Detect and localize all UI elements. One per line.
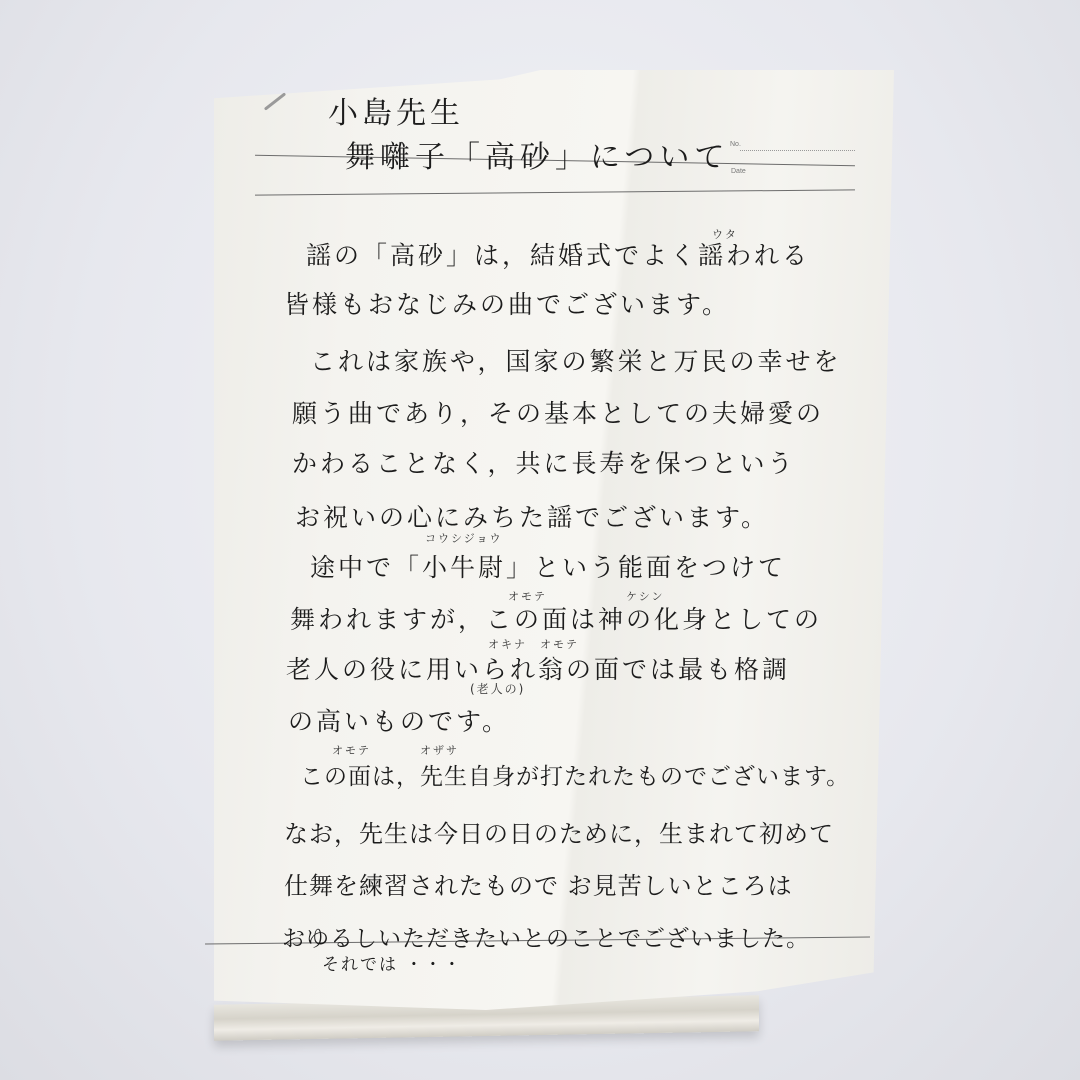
furigana: オモテ — [540, 636, 579, 652]
body-line-6: お祝いの心にみちた謡でございます。 — [295, 498, 769, 534]
furigana: オザサ — [420, 742, 459, 758]
furigana: ウタ — [712, 226, 738, 242]
furigana: コウシジョウ — [425, 530, 503, 546]
body-line-10: の高いものです。 — [288, 702, 510, 738]
body-line-8: 舞われますが，この面は神の化身としての — [290, 600, 822, 636]
letter-title: 舞囃子「高砂」について — [345, 132, 729, 176]
body-line-12: なお，先生は今日の日のために，生まれて初めて — [284, 814, 834, 849]
body-line-5: かわることなく，共に長寿を保つという — [292, 444, 796, 480]
body-line-3: これは家族や，国家の繁栄と万民の幸せを — [310, 342, 842, 378]
printed-no-label: No. — [730, 141, 741, 148]
addressee: 小島先生 — [328, 88, 464, 132]
annotation-note: (老人の) — [470, 680, 525, 697]
closing-line: それでは ・・・ — [322, 950, 462, 975]
printed-date-label: Date — [731, 168, 746, 175]
body-line-13: 仕舞を練習されたもので お見苦しいところは — [284, 866, 793, 901]
furigana: オモテ — [508, 588, 547, 604]
body-line-7: 途中で「小牛尉」という能面をつけて — [310, 548, 786, 584]
body-line-14: おゆるしいただきたいとのことでございました。 — [282, 920, 810, 953]
furigana: オキナ — [488, 636, 527, 652]
body-line-2: 皆様もおなじみの曲でございます。 — [284, 285, 730, 321]
body-line-9: 老人の役に用いられ翁の面では最も格調 — [286, 650, 790, 686]
furigana: ケシン — [626, 588, 665, 604]
body-line-4: 願う曲であり，その基本としての夫婦愛の — [292, 394, 824, 430]
no-field-line — [740, 150, 855, 151]
body-line-11: この面は，先生自身が打たれたものでございます。 — [300, 758, 850, 791]
furigana: オモテ — [332, 742, 371, 758]
